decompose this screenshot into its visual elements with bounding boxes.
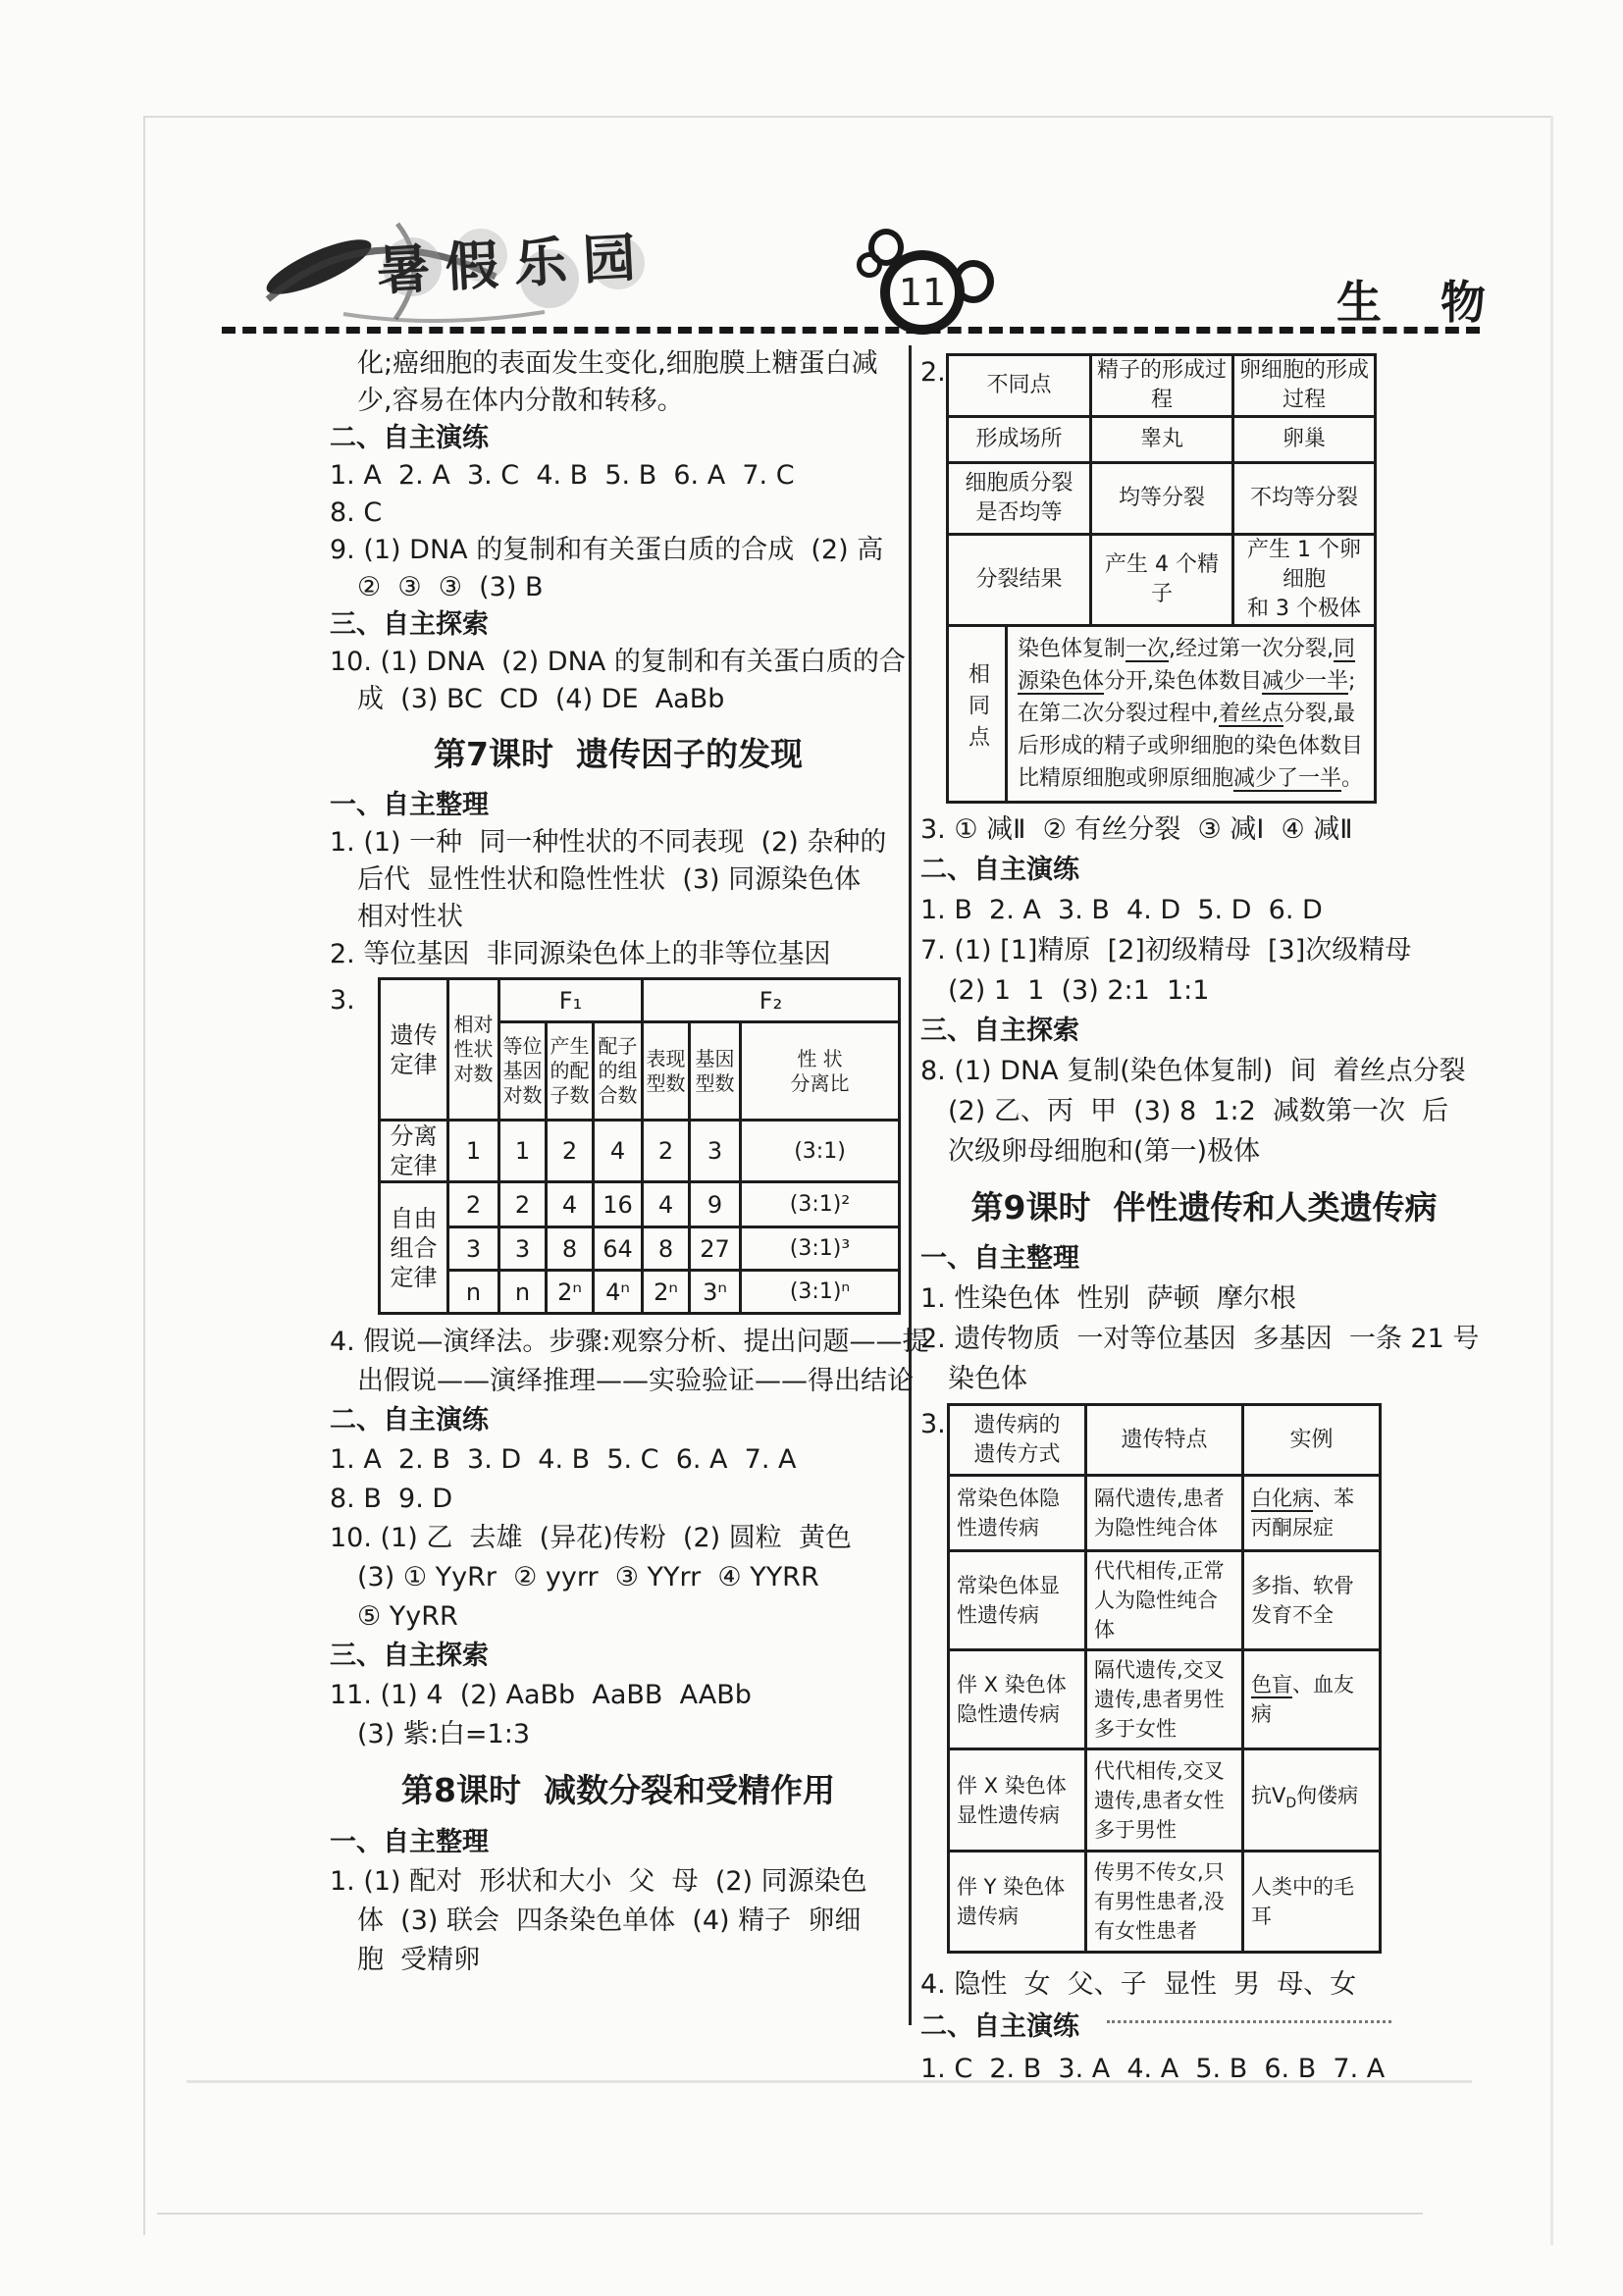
page-number: 11 (880, 250, 965, 335)
row-label-cell: 相同点 (948, 626, 1007, 803)
answer-line: 1. A 2. B 3. D 4. B 5. C 6. A 7. A (330, 1440, 907, 1480)
section-heading: 一、自主整理 (330, 787, 907, 824)
scan-edge-right (1550, 116, 1553, 2245)
lesson-title: 第9课时 伴性遗传和人类遗传病 (920, 1181, 1488, 1234)
row-label-cell: 分离定律 (380, 1121, 448, 1182)
table-header-cell: 遗传特点 (1086, 1405, 1243, 1476)
paragraph-line: 化;癌细胞的表面发生变化,细胞膜上糖蛋白减 (330, 345, 907, 383)
answer-line: 10. (1) DNA (2) DNA 的复制和有关蛋白质的合 (330, 644, 907, 681)
table-header-cell: 卵细胞的形成过程 (1233, 355, 1376, 417)
section-heading: 三、自主探索 (330, 606, 907, 644)
item-number: 2. (920, 357, 946, 388)
table-header-f2: F₂ (643, 979, 900, 1022)
logo-text: 暑假乐园 (375, 226, 653, 302)
meiosis-comparison-table: 不同点 精子的形成过程 卵细胞的形成过程 形成场所 睾丸 卵巢 细胞质分裂 是否… (946, 353, 1377, 804)
table-header-cell: 不同点 (948, 355, 1091, 417)
row-label-cell: 伴 X 染色体显性遗传病 (949, 1749, 1086, 1852)
answer-line: 成 (3) BC CD (4) DE AaBb (330, 681, 907, 718)
text-segment: 佝偻病 (1296, 1784, 1358, 1807)
answer-line: 8. B 9. D (330, 1480, 907, 1519)
column-divider (909, 345, 912, 2025)
subscript-segment: D (1285, 1797, 1296, 1812)
table-cell: 64 (594, 1227, 643, 1271)
page-number-badge: 11 (868, 238, 986, 340)
answer-line: 出假说——演绎推理——实验验证——得出结论 (330, 1362, 907, 1401)
answer-line: (2) 乙、丙 甲 (3) 8 1:2 减数第一次 后 (920, 1091, 1488, 1131)
scan-edge-top (143, 116, 1550, 118)
table-cell: 4 (594, 1121, 643, 1182)
item-number: 3. (330, 985, 355, 1016)
badge-bubble-small-icon (857, 252, 882, 278)
answer-line: 2. 遗传物质 一对等位基因 多基因 一条 21 号 (920, 1319, 1488, 1359)
genetics-laws-table-wrapper: 3. 遗传定律 相对性状对数 F₁ F₂ 等位基因对数 产生的配子数 配子的组合… (330, 977, 907, 1315)
row-label-cell: 分裂结果 (948, 535, 1091, 626)
table-cell: 4 (643, 1182, 690, 1227)
table-header-cell: 实例 (1243, 1405, 1381, 1476)
table-cell: 2ⁿ (643, 1271, 690, 1314)
table-cell: 4ⁿ (594, 1271, 643, 1314)
answer-line: 9. (1) DNA 的复制和有关蛋白质的合成 (2) 高 (330, 532, 907, 569)
block-lesson9-sort: 一、自主整理 1. 性染色体 性别 萨顿 摩尔根 2. 遗传物质 一对等位基因 … (920, 1238, 1488, 1399)
table-cell: (3:1) (741, 1121, 900, 1182)
section-heading: 一、自主整理 (330, 1823, 907, 1862)
text-segment: ,经过第一次分裂, (1169, 637, 1334, 661)
section-heading: 二、自主演练 (330, 1401, 907, 1440)
table-cell: (3:1)³ (741, 1227, 900, 1271)
scan-edge-left (143, 116, 145, 2235)
answer-line: 4. 隐性 女 父、子 显性 男 母、女 (920, 1963, 1488, 2006)
table-header-cell: 表现型数 (643, 1022, 690, 1121)
answer-line: 7. (1) [1]精原 [2]初级精母 [3]次级精母 (920, 930, 1488, 970)
left-column: 化;癌细胞的表面发生变化,细胞膜上糖蛋白减 少,容易在体内分散和转移。 二、自主… (330, 345, 907, 1980)
right-column: 2. 不同点 精子的形成过程 卵细胞的形成过程 形成场所 睾丸 卵巢 细胞质分裂… (920, 345, 1488, 2090)
table-header-cell: 遗传病的 遗传方式 (949, 1405, 1086, 1476)
table-cell: 均等分裂 (1091, 463, 1233, 535)
same-point-label: 相同点 (963, 662, 992, 757)
text-segment: 分开,染色体数目 (1104, 669, 1262, 694)
table-cell: 产生 4 个精子 (1091, 535, 1233, 626)
answer-line: 3. ① 减Ⅱ ② 有丝分裂 ③ 减Ⅰ ④ 减Ⅱ (920, 809, 1488, 850)
table-cell: (3:1)² (741, 1182, 900, 1227)
table-cell: 3 (690, 1121, 741, 1182)
text-segment: 多指、软骨发育不全 (1251, 1574, 1354, 1627)
table-cell: 产生 1 个卵细胞 和 3 个极体 (1233, 535, 1376, 626)
answer-line: 11. (1) 4 (2) AaBb AaBB AABb (330, 1676, 907, 1715)
underlined-segment: 减少了一半 (1233, 766, 1341, 791)
table-cell: 卵巢 (1233, 417, 1376, 463)
table-cell: 色盲、血友病 (1243, 1650, 1381, 1749)
section-heading: 三、自主探索 (920, 1011, 1488, 1051)
row-label-cell: 形成场所 (948, 417, 1091, 463)
answer-line: 1. (1) 配对 形状和大小 父 母 (2) 同源染色 (330, 1862, 907, 1902)
answer-line: 8. C (330, 495, 907, 532)
table-header-f1: F₁ (499, 979, 643, 1022)
answer-line: 后代 显性性状和隐性性状 (3) 同源染色体 (330, 861, 907, 899)
subject-label: 生 物 (1336, 267, 1507, 332)
table-cell: n (448, 1271, 499, 1314)
underlined-segment: 色盲 (1251, 1673, 1292, 1696)
lesson-title: 第7课时 遗传因子的发现 (330, 728, 907, 781)
section-heading: 二、自主演练 (330, 420, 907, 457)
row-label-cell: 自由组合定律 (380, 1182, 448, 1314)
item-number: 3. (920, 1409, 946, 1439)
table-cell: 1 (448, 1121, 499, 1182)
text-segment: 染色体复制 (1018, 637, 1126, 661)
meiosis-table-wrapper: 2. 不同点 精子的形成过程 卵细胞的形成过程 形成场所 睾丸 卵巢 细胞质分裂… (920, 345, 1488, 804)
table-cell: 16 (594, 1182, 643, 1227)
answer-line: 1. 性染色体 性别 萨顿 摩尔根 (920, 1278, 1488, 1319)
lesson-title: 第8课时 减数分裂和受精作用 (330, 1764, 907, 1817)
answer-line: 体 (3) 联会 四条染色单体 (4) 精子 卵细 (330, 1902, 907, 1941)
genetic-disease-table: 遗传病的 遗传方式 遗传特点 实例 常染色体隐性遗传病 隔代遗传,患者为隐性纯合… (947, 1403, 1382, 1954)
answer-line: 4. 假说—演绎法。步骤:观察分析、提出问题——提 (330, 1323, 907, 1362)
table-cell: 8 (547, 1227, 594, 1271)
table-header-cell: 性 状 分离比 (741, 1022, 900, 1121)
table-cell: 隔代遗传,患者为隐性纯合体 (1086, 1476, 1243, 1551)
block-lesson7-sort: 一、自主整理 1. (1) 一种 同一种性状的不同表现 (2) 杂种的 后代 显… (330, 787, 907, 973)
table-cell: 白化病、苯丙酮尿症 (1243, 1476, 1381, 1551)
table-cell: 2ⁿ (547, 1271, 594, 1314)
table-header-cell: 产生的配子数 (547, 1022, 594, 1121)
disease-table-wrapper: 3. 遗传病的 遗传方式 遗传特点 实例 常染色体隐性遗传病 隔代遗传,患者为隐… (920, 1403, 1488, 1954)
answer-line: 染色体 (920, 1359, 1488, 1399)
table-cell: 2 (499, 1182, 547, 1227)
table-cell: 睾丸 (1091, 417, 1233, 463)
table-cell: 2 (448, 1182, 499, 1227)
answer-line: (3) 紫:白=1:3 (330, 1715, 907, 1754)
table-cell: 8 (643, 1227, 690, 1271)
table-cell: (3:1)ⁿ (741, 1271, 900, 1314)
paragraph-line: 少,容易在体内分散和转移。 (330, 383, 907, 420)
block-lesson9-drill: 4. 隐性 女 父、子 显性 男 母、女 二、自主演练 1. C 2. B 3.… (920, 1963, 1488, 2090)
table-cell: 2 (547, 1121, 594, 1182)
answer-line: 1. B 2. A 3. B 4. D 5. D 6. D (920, 890, 1488, 930)
table-header-cell: 配子的组合数 (594, 1022, 643, 1121)
block-continued-answers: 化;癌细胞的表面发生变化,细胞膜上糖蛋白减 少,容易在体内分散和转移。 二、自主… (330, 345, 907, 718)
text-segment: 抗V (1251, 1784, 1285, 1807)
row-label-cell: 常染色体显性遗传病 (949, 1551, 1086, 1650)
answer-line: 1. (1) 一种 同一种性状的不同表现 (2) 杂种的 (330, 824, 907, 861)
row-label-cell: 伴 Y 染色体遗传病 (949, 1852, 1086, 1953)
table-cell: 4 (547, 1182, 594, 1227)
table-corner-cell: 遗传定律 (380, 979, 448, 1121)
table-cell: 传男不传女,只有男性患者,没有女性患者 (1086, 1852, 1243, 1953)
dashed-rule (222, 327, 1480, 334)
table-cell: 9 (690, 1182, 741, 1227)
row-label-cell: 细胞质分裂 是否均等 (948, 463, 1091, 535)
scanned-page: 暑假乐园 11 生 物 化;癌细胞的表面发生变化,细胞膜上糖蛋白减 少,容易在体… (0, 0, 1623, 2296)
table-cell: 多指、软骨发育不全 (1243, 1551, 1381, 1650)
table-cell: 代代相传,交叉遗传,患者女性多于男性 (1086, 1749, 1243, 1852)
answer-line: 2. 等位基因 非同源染色体上的非等位基因 (330, 936, 907, 973)
answer-line: 相对性状 (330, 899, 907, 936)
table-cell: 抗VD佝偻病 (1243, 1749, 1381, 1852)
section-heading: 一、自主整理 (920, 1238, 1488, 1278)
scan-dotted-line (1107, 2020, 1391, 2023)
table-header-cell: 基因型数 (690, 1022, 741, 1121)
answer-line: 胞 受精卵 (330, 1941, 907, 1980)
text-segment: 人类中的毛耳 (1251, 1875, 1354, 1928)
table-cell: 代代相传,正常人为隐性纯合体 (1086, 1551, 1243, 1650)
same-point-text: 染色体复制一次,经过第一次分裂,同源染色体分开,染色体数目减少一半;在第二次分裂… (1007, 626, 1376, 803)
genetics-laws-table: 遗传定律 相对性状对数 F₁ F₂ 等位基因对数 产生的配子数 配子的组合数 表… (378, 977, 901, 1315)
row-label-cell: 常染色体隐性遗传病 (949, 1476, 1086, 1551)
underlined-segment: 着丝点 (1219, 702, 1283, 726)
table-header-cell: 相对性状对数 (448, 979, 499, 1121)
block-lesson7-drill: 4. 假说—演绎法。步骤:观察分析、提出问题——提 出假说——演绎推理——实验验… (330, 1323, 907, 1754)
block-meiosis-answers: 3. ① 减Ⅱ ② 有丝分裂 ③ 减Ⅰ ④ 减Ⅱ 二、自主演练 1. B 2. … (920, 809, 1488, 1172)
logo: 暑假乐园 (250, 206, 711, 339)
table-cell: 人类中的毛耳 (1243, 1852, 1381, 1953)
table-header-cell: 精子的形成过程 (1091, 355, 1233, 417)
table-header-cell: 等位基因对数 (499, 1022, 547, 1121)
table-cell: 3ⁿ (690, 1271, 741, 1314)
table-cell: 1 (499, 1121, 547, 1182)
answer-line: 8. (1) DNA 复制(染色体复制) 间 着丝点分裂 (920, 1051, 1488, 1091)
table-cell: 3 (448, 1227, 499, 1271)
table-cell: 27 (690, 1227, 741, 1271)
answer-line: 1. A 2. A 3. C 4. B 5. B 6. A 7. C (330, 457, 907, 495)
section-heading: 二、自主演练 (920, 2006, 1488, 2048)
table-cell: n (499, 1271, 547, 1314)
section-heading: 三、自主探索 (330, 1637, 907, 1676)
answer-line: (3) ① YyRr ② yyrr ③ YYrr ④ YYRR (330, 1558, 907, 1597)
underlined-segment: 白化病 (1251, 1487, 1313, 1510)
block-lesson8-sort: 一、自主整理 1. (1) 配对 形状和大小 父 母 (2) 同源染色 体 (3… (330, 1823, 907, 1980)
table-cell: 隔代遗传,交叉遗传,患者男性多于女性 (1086, 1650, 1243, 1749)
answer-line: 次级卵母细胞和(第一)极体 (920, 1131, 1488, 1172)
underlined-segment: 减少一半 (1262, 669, 1348, 694)
answer-line: ② ③ ③ (3) B (330, 569, 907, 606)
answer-line: (2) 1 1 (3) 2:1 1:1 (920, 970, 1488, 1011)
section-heading: 二、自主演练 (920, 850, 1488, 890)
table-cell: 2 (643, 1121, 690, 1182)
text-segment: 。 (1341, 766, 1363, 791)
scan-streak-2 (157, 2213, 1423, 2215)
answer-line: 10. (1) 乙 去雄 (异花)传粉 (2) 圆粒 黄色 (330, 1519, 907, 1558)
answer-line: 1. C 2. B 3. A 4. A 5. B 6. B 7. A (920, 2048, 1488, 2090)
table-cell: 3 (499, 1227, 547, 1271)
row-label-cell: 伴 X 染色体隐性遗传病 (949, 1650, 1086, 1749)
underlined-segment: 一次 (1126, 637, 1169, 661)
table-cell: 不均等分裂 (1233, 463, 1376, 535)
answer-line: ⑤ YyRR (330, 1597, 907, 1637)
